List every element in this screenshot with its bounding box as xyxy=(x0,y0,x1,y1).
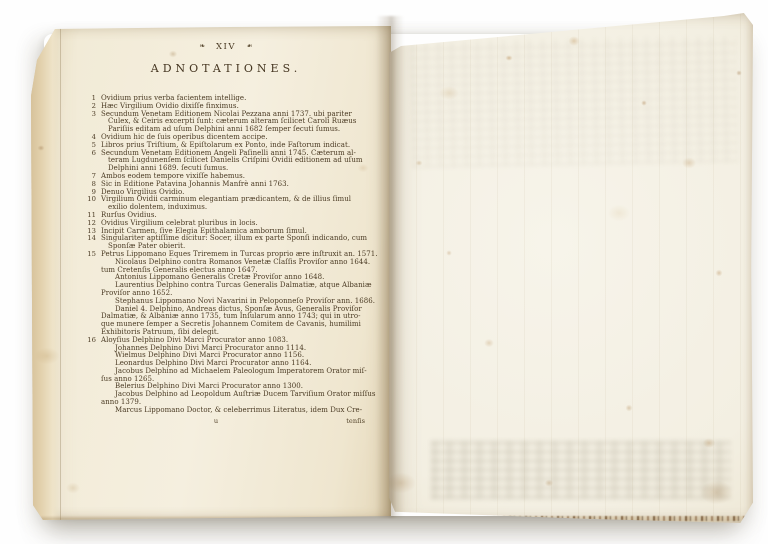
folio-row: ❧ XIV ❧ xyxy=(75,42,377,52)
annotation-text: Leonardus Delphino Divi Marci Procurator… xyxy=(115,359,311,367)
ink-showthrough-top xyxy=(410,36,738,168)
annotation-number: 6 xyxy=(75,150,96,158)
annotation-text: Secundum Venetam Editionem Nicolai Pezza… xyxy=(101,110,352,118)
ink-showthrough-bottom xyxy=(431,441,731,499)
annotation-text: Johannes Delphino Divi Marci Procurator … xyxy=(115,344,306,352)
annotation-text: que munere ſemper a Secretis Johannem Co… xyxy=(101,320,361,328)
annotation-text: Daniel 4. Delphino, Andreas dictus, Spon… xyxy=(115,305,362,313)
annotation-text: Exhibitoris Patruum, ſibi delegit. xyxy=(101,328,219,336)
annotation-text: Wielmus Delphino Divi Marci Procurator a… xyxy=(115,351,304,359)
annotation-text: Pariſiis editam ad uſum Delphini anni 16… xyxy=(108,125,340,133)
page-number: XIV xyxy=(216,42,236,52)
annotation-text: Sponſæ Pater obierit. xyxy=(108,242,185,250)
annotation-text: Libros prius Triſtium, & Epiſtolarum ex … xyxy=(101,141,350,149)
annotation-text: Antonius Lippomano Generalis Cretæ Provi… xyxy=(115,273,324,281)
annotation-text: Proviſor anno 1652. xyxy=(101,289,172,297)
annotation-text: Ovidium hic de ſuis operibus dicentem ac… xyxy=(101,133,268,141)
annotation-text: Incipit Carmen, ſive Elegia Epithalamica… xyxy=(101,227,307,235)
annotation-text: Ovidium prius verba facientem intellige. xyxy=(101,94,246,102)
annotation-number: 14 xyxy=(75,235,96,243)
annotation-text: Singulariter aptiſſime dicitur: Socer, i… xyxy=(101,234,367,242)
annotation-text: Hæc Virgilium Ovidio dixiſſe finximus. xyxy=(101,102,239,110)
fleuron-icon: ❧ xyxy=(199,42,206,50)
annotation-text: Marcus Lippomano Doctor, & celeberrimus … xyxy=(115,406,362,414)
annotation-text: ſus anno 1265. xyxy=(101,375,154,383)
text-column: ❧ XIV ❧ ADNOTATIONES. 1Ovidium prius ver… xyxy=(75,42,377,427)
annotation-number: 3 xyxy=(75,111,96,119)
annotation-text: Secundum Venetam Editionem Angeli Paſine… xyxy=(101,149,356,157)
annotation-text: Sic in Editione Patavina Johannis Manfrè… xyxy=(101,180,289,188)
signature-mark: u xyxy=(214,417,218,425)
annotation-text: Virgilium Ovidii carminum elegantiam præ… xyxy=(101,195,351,203)
annotation-text: Aloyſius Delphino Divi Marci Procurator … xyxy=(101,336,288,344)
annotation-text: anno 1379. xyxy=(101,398,141,406)
annotation-text: Ovidius Virgilium celebrat pluribus in l… xyxy=(101,219,258,227)
annotation-number: 16 xyxy=(75,337,96,345)
annotation-text: exilio dolentem, induximus. xyxy=(108,203,207,211)
annotation-number: 10 xyxy=(75,196,96,204)
annotation-text: Jacobus Delphino ad Leopoldum Auſtriæ Du… xyxy=(115,390,376,398)
stained-bottom-edge xyxy=(397,516,747,521)
annotation-text: Laurentius Delphino contra Turcas Genera… xyxy=(115,281,372,289)
annotation-text: Ambos eodem tempore vixiſſe habemus. xyxy=(101,172,245,180)
annotation-text: Jacobus Delphino ad Michaelem Paleologum… xyxy=(115,367,367,375)
annotation-number: 15 xyxy=(75,251,96,259)
annotation-text: Denuo Virgilius Ovidio. xyxy=(101,188,184,196)
photo-of-open-antique-book: ❧ XIV ❧ ADNOTATIONES. 1Ovidium prius ver… xyxy=(0,0,768,544)
vellum-cover-edge xyxy=(31,26,61,520)
annotation-text: Nicolaus Delphino contra Romanos Venetæ … xyxy=(115,258,370,266)
annotation-text: tum Cretenſis Generalis electus anno 164… xyxy=(101,266,258,274)
annotation-text: Culex, & Ceiris excerpti ſunt: cæterum a… xyxy=(108,117,356,125)
annotation-text: Belerius Delphino Divi Marci Procurator … xyxy=(115,382,303,390)
left-page: ❧ XIV ❧ ADNOTATIONES. 1Ovidium prius ver… xyxy=(31,26,391,520)
annotation-text: Stephanus Lippomano Novi Navarini in Pel… xyxy=(115,297,375,305)
right-page-blank xyxy=(389,13,753,523)
page-title: ADNOTATIONES. xyxy=(75,62,377,75)
page-edge-stack xyxy=(41,516,387,520)
annotation-line: Marcus Lippomano Doctor, & celeberrimus … xyxy=(75,407,377,415)
annotations-list: 1Ovidium prius verba facientem intellige… xyxy=(75,95,377,415)
fleuron-icon: ❧ xyxy=(245,42,252,50)
annotation-text: Dalmatiæ, & Albaniæ anno 1735, tum Inſul… xyxy=(101,312,361,320)
annotation-text: Delphini anni 1689. ſecuti ſumus. xyxy=(108,164,228,172)
annotation-text: teram Lugdunenſem ſcilicet Danielis Criſ… xyxy=(108,156,363,164)
annotation-text: Petrus Lippomano Eques Triremem in Turca… xyxy=(101,250,378,258)
catch-row: u tenſis xyxy=(75,417,377,427)
catchword: tenſis xyxy=(346,417,365,425)
annotation-text: Rurſus Ovidius. xyxy=(101,211,157,219)
